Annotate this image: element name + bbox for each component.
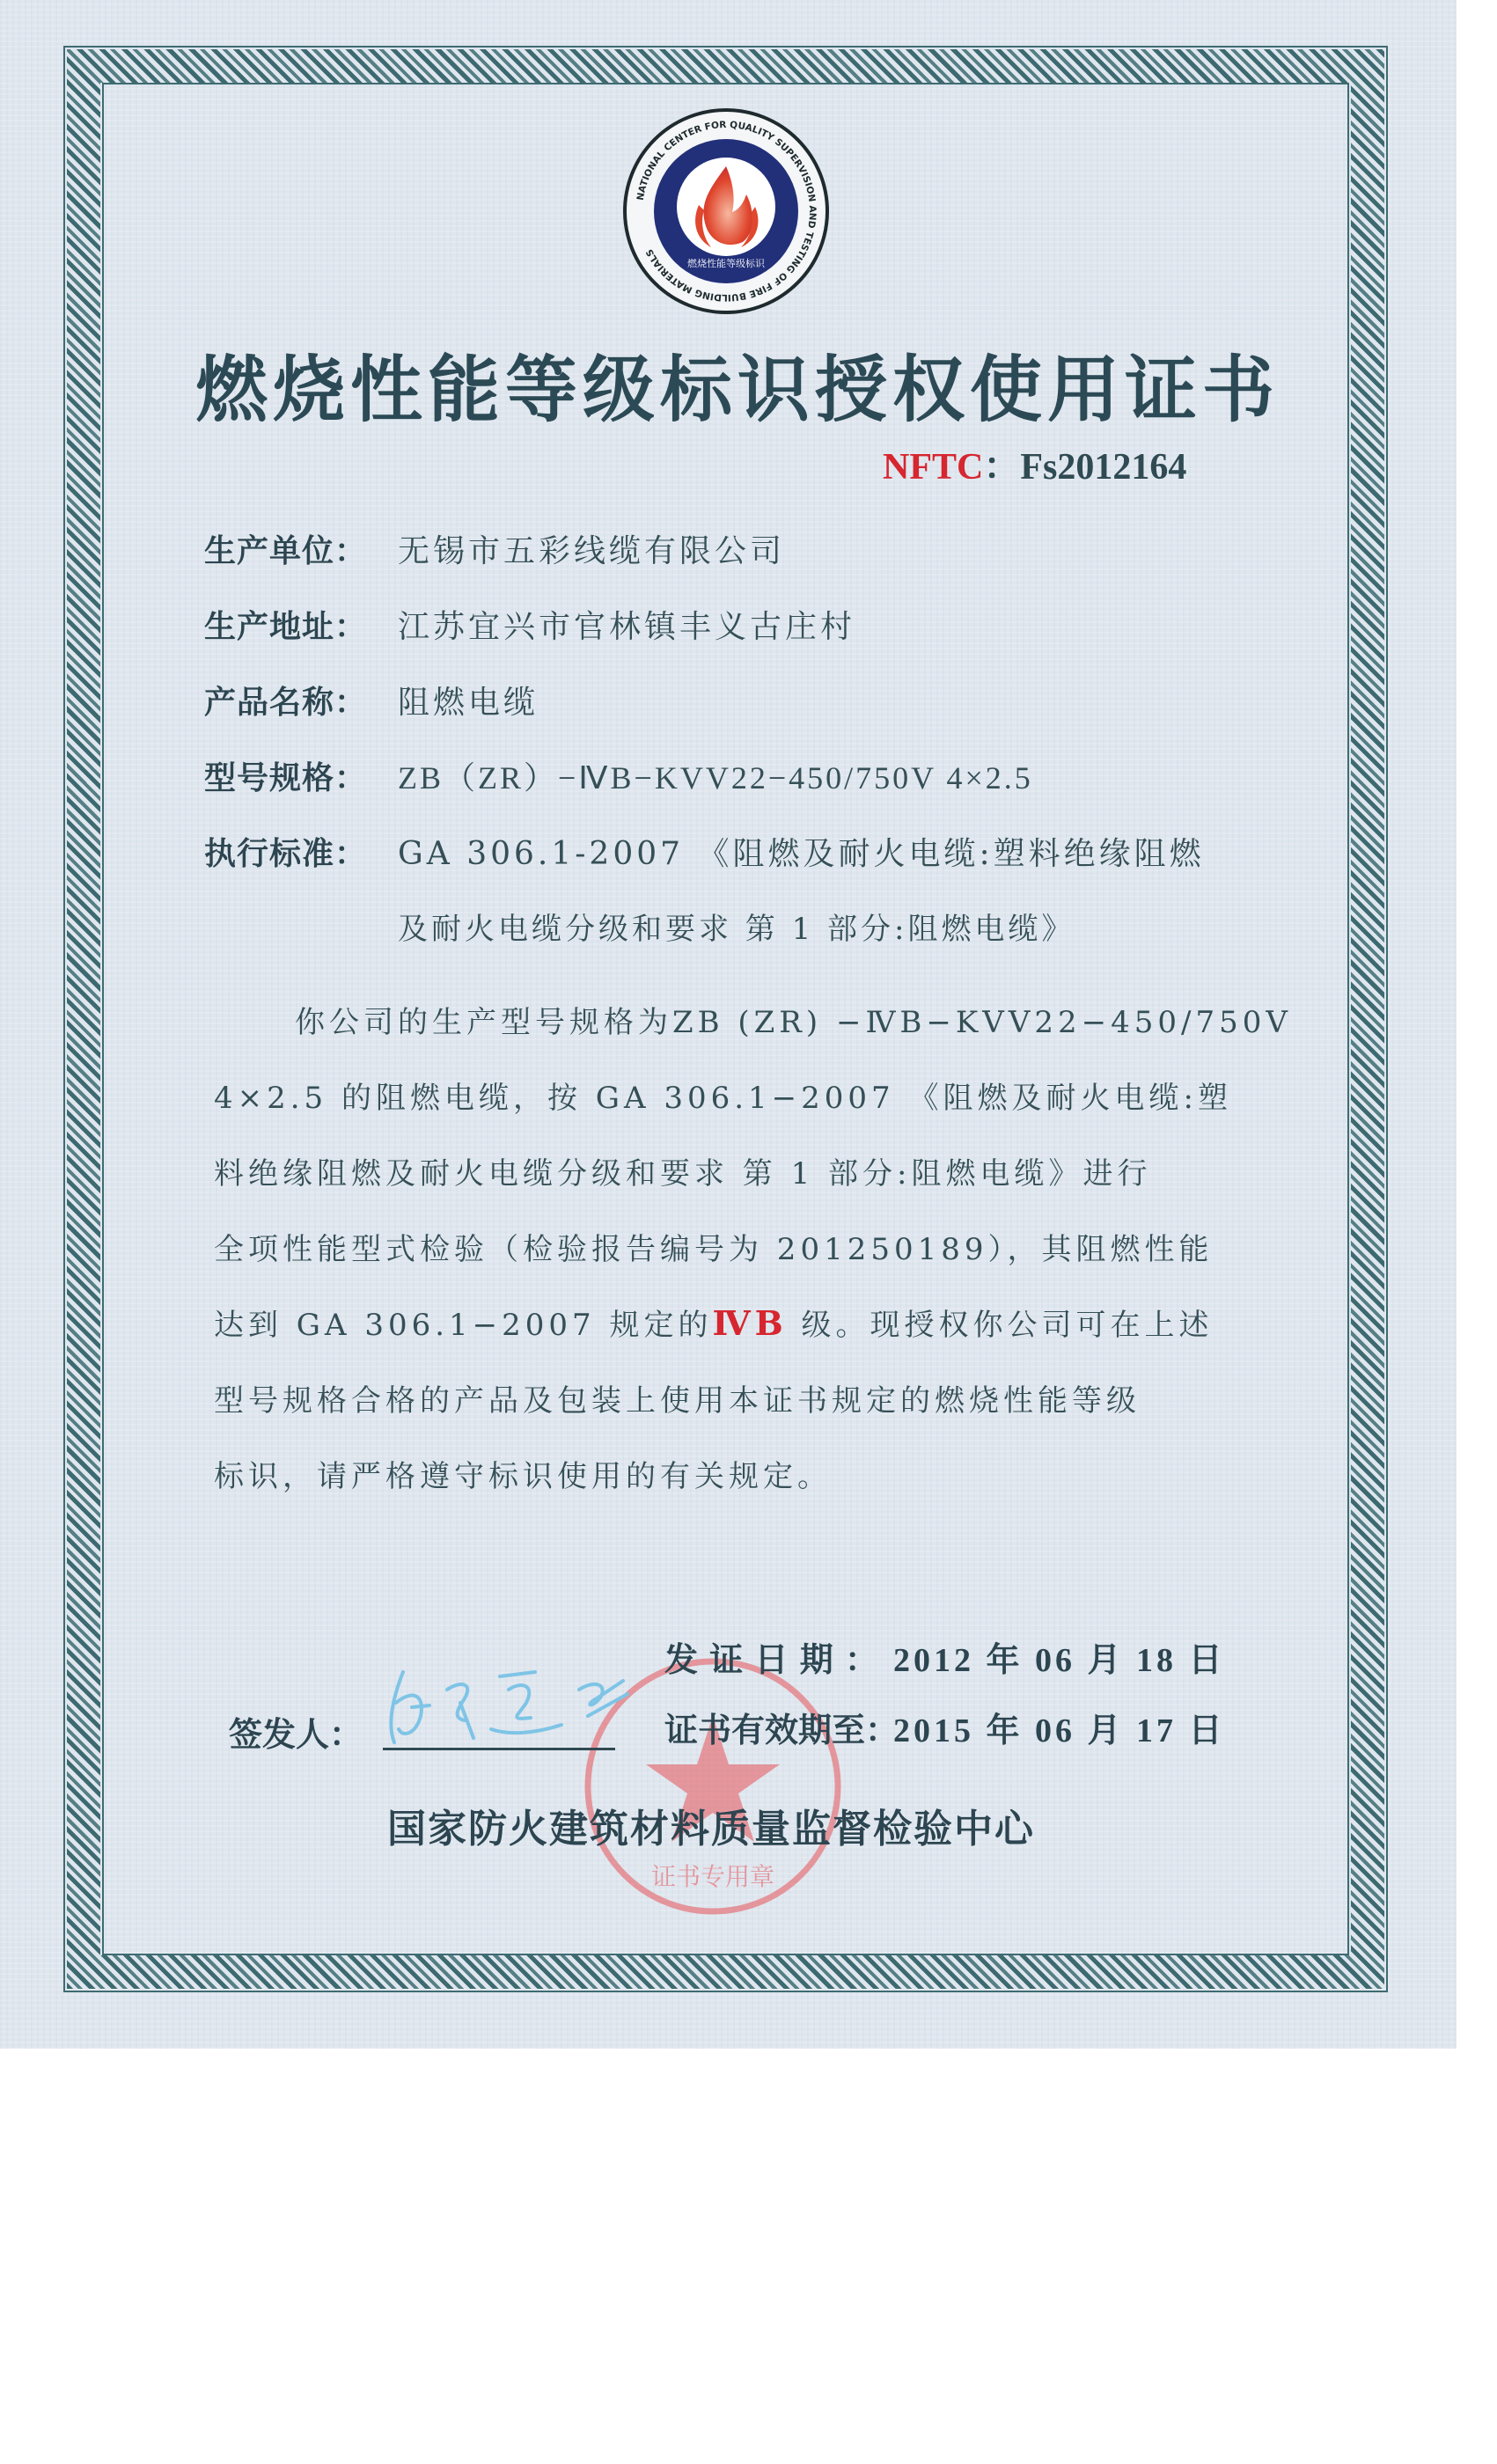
handwritten-signature-icon: [377, 1654, 641, 1760]
expiry-date-value: 2015 年 06 月 17 日: [893, 1712, 1226, 1749]
field-address: 生产地址：江苏宜兴市官林镇丰义古庄村: [204, 602, 855, 647]
body-line: 4×2.5 的阻燃电缆，按 GA 306.1−2007 《阻燃及耐火电缆:塑: [214, 1074, 1232, 1117]
flame-emblem-icon: NATIONAL CENTER FOR QUALITY SUPERVISION …: [623, 108, 829, 314]
cert-number-value: Fs2012164: [1020, 447, 1186, 488]
body-line: 全项性能型式检验（检验报告编号为 201250189），其阻燃性能: [214, 1225, 1214, 1268]
field-standard-continuation: 及耐火电缆分级和要求 第 1 部分:阻燃电缆》: [398, 905, 1075, 948]
body-line: 你公司的生产型号规格为ZB (ZR) −ⅣB−KVV22−450/750V: [295, 998, 1292, 1041]
field-value: 江苏宜兴市官林镇丰义古庄村: [398, 609, 855, 645]
field-value: GA 306.1-2007 《阻燃及耐火电缆:塑料绝缘阻燃: [398, 836, 1205, 872]
expiry-date-row: 证书有效期至：2015 年 06 月 17 日: [664, 1703, 1226, 1751]
certificate-number: NFTC：Fs2012164: [883, 437, 1186, 490]
field-label: 产品名称：: [204, 678, 398, 722]
body-line: 料绝缘阻燃及耐火电缆分级和要求 第 1 部分:阻燃电缆》进行: [214, 1149, 1152, 1192]
field-value: 阻燃电缆: [398, 685, 539, 721]
cert-number-prefix: NFTC: [883, 447, 983, 488]
body-line-grade: 达到 GA 306.1−2007 规定的ⅣB 级。现授权你公司可在上述: [214, 1301, 1214, 1344]
field-product-name: 产品名称：阻燃电缆: [204, 678, 539, 722]
issue-date-row: 发 证 日 期 ：2012 年 06 月 18 日: [664, 1632, 1226, 1681]
field-manufacturer: 生产单位：无锡市五彩线缆有限公司: [204, 526, 785, 571]
issuing-organization: 国家防火建筑材料质量监督检验中心: [387, 1797, 1035, 1853]
field-label: 执行标准：: [204, 829, 398, 874]
svg-text:燃烧性能等级标识: 燃烧性能等级标识: [687, 257, 766, 269]
field-value: ZB（ZR）−ⅣB−KVV22−450/750V 4×2.5: [398, 760, 1033, 796]
field-standard: 执行标准：GA 306.1-2007 《阻燃及耐火电缆:塑料绝缘阻燃: [204, 829, 1205, 874]
issue-date-value: 2012 年 06 月 18 日: [893, 1642, 1226, 1679]
issue-date-label: 发 证 日 期 ：: [664, 1632, 893, 1681]
field-value: 无锡市五彩线缆有限公司: [398, 533, 785, 569]
field-label: 型号规格：: [204, 753, 398, 798]
signature-underline: [383, 1748, 615, 1750]
field-label: 生产地址：: [204, 602, 398, 647]
field-label: 生产单位：: [204, 526, 398, 571]
expiry-date-label: 证书有效期至：: [664, 1703, 893, 1751]
grade-text-before: 达到 GA 306.1−2007 规定的: [214, 1308, 713, 1343]
grade-badge: ⅣB: [713, 1303, 788, 1343]
svg-text:证书专用章: 证书专用章: [651, 1862, 774, 1891]
field-model-spec: 型号规格：ZB（ZR）−ⅣB−KVV22−450/750V 4×2.5: [204, 753, 1033, 798]
body-line: 标识，请严格遵守标识使用的有关规定。: [214, 1452, 832, 1495]
cert-number-separator: ：: [983, 447, 1020, 488]
body-line: 型号规格合格的产品及包装上使用本证书规定的燃烧性能等级: [214, 1376, 1141, 1419]
grade-text-after: 级。现授权你公司可在上述: [788, 1308, 1214, 1343]
signer-label: 签发人：: [229, 1707, 363, 1756]
certificate-title: 燃烧性能等级标识授权使用证书: [195, 333, 1269, 436]
